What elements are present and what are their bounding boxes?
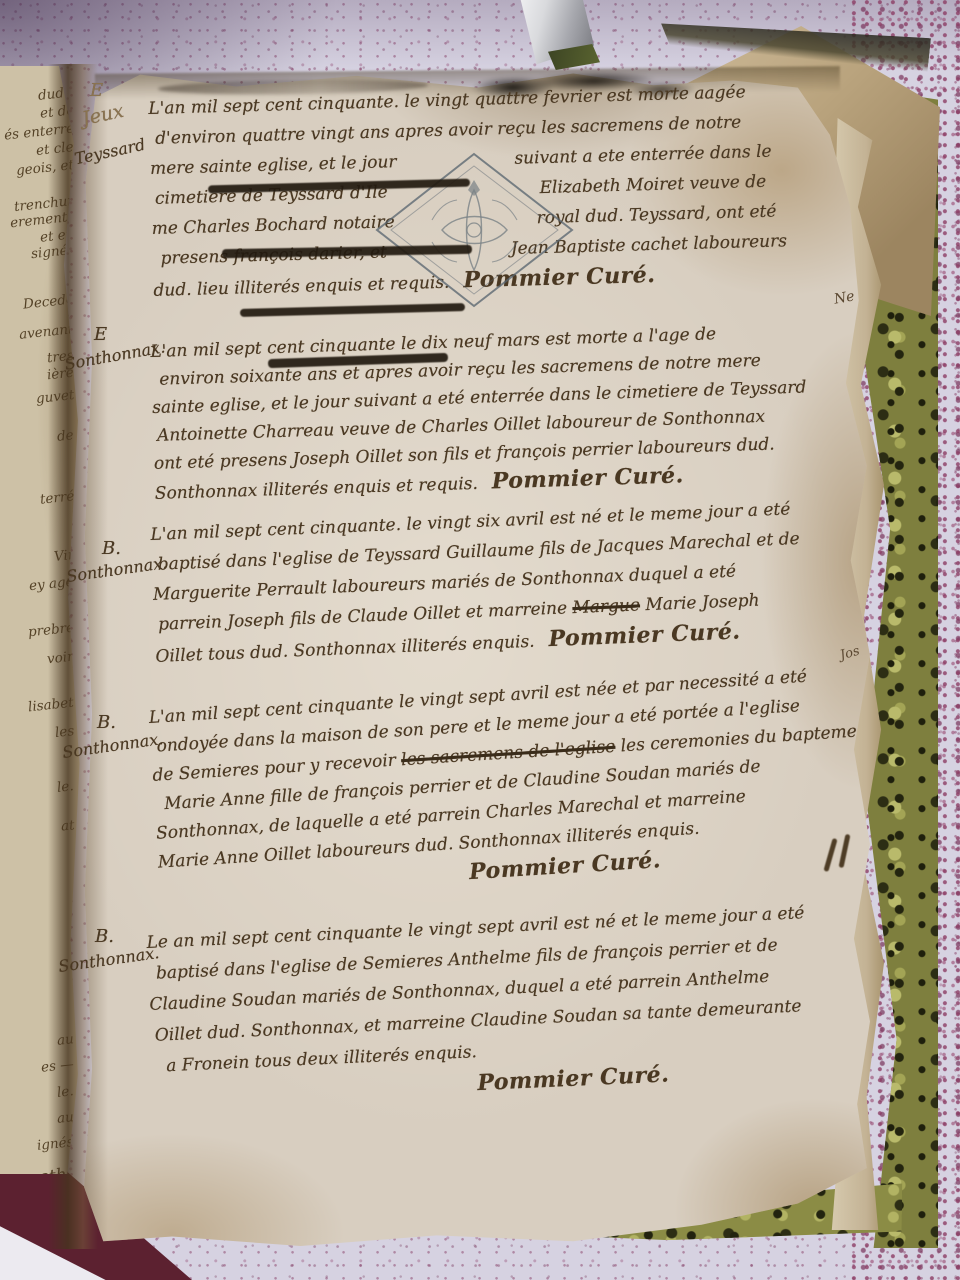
priest-signature: Pommier Curé.	[534, 618, 741, 652]
fiscal-stamp	[372, 150, 577, 310]
record-5-baptism: Le an mil sept cent cinquante le vingt s…	[146, 896, 870, 1116]
margin-code-record-5: B.	[95, 926, 114, 947]
margin-code-record-4: B.	[97, 712, 116, 733]
photo-of-manuscript: dudit et de és enterré et cle geois, et …	[0, 0, 960, 1280]
margin-code-record-3: B.	[102, 538, 121, 559]
struck-word: Margue	[572, 595, 640, 618]
record-line-part: Marie Joseph	[640, 591, 760, 616]
priest-signature: Pommier Curé.	[463, 1061, 670, 1096]
record-line-part: me Charles Bochard notaire	[151, 212, 394, 239]
record-3-baptism: L'an mil sept cent cinquante. le vingt s…	[150, 492, 856, 672]
record-line-part: mere sainte eglise, et le jour	[150, 152, 397, 179]
priest-signature: Pommier Curé.	[477, 462, 684, 494]
margin-code-record-2: E	[94, 324, 107, 345]
margin-code-record-1: E	[90, 80, 103, 101]
record-2-burial: L'an mil sept cent cinquante le dix neuf…	[150, 316, 855, 508]
